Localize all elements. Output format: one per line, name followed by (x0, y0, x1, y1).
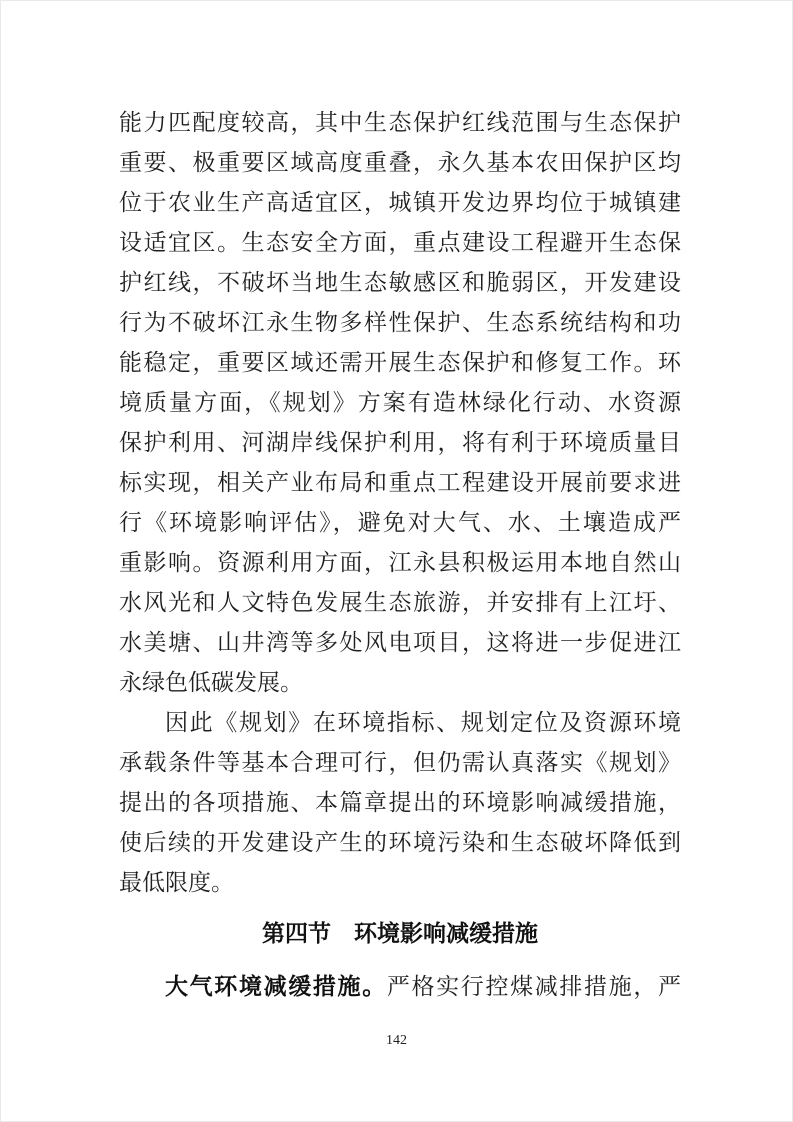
text-line: 位于农业生产高适宜区，城镇开发边界均位于城镇建 (119, 183, 681, 223)
text-line: 保护利用、河湖岸线保护利用，将有利于环境质量目 (119, 423, 681, 463)
page-footer: 142 (1, 1031, 792, 1050)
body-text: 能力匹配度较高，其中生态保护红线范围与生态保护重要、极重要区域高度重叠，永久基本… (119, 103, 681, 903)
text-line: 重影响。资源利用方面，江永县积极运用本地自然山 (119, 543, 681, 583)
lead-paragraph: 大气环境减缓措施。严格实行控煤减排措施，严 (119, 966, 681, 1007)
text-line: 能力匹配度较高，其中生态保护红线范围与生态保护 (119, 103, 681, 143)
text-line: 能稳定，重要区域还需开展生态保护和修复工作。环 (119, 343, 681, 383)
text-line: 设适宜区。生态安全方面，重点建设工程避开生态保 (119, 223, 681, 263)
paragraph-lead-text: 严格实行控煤减排措施，严 (387, 974, 681, 999)
text-line: 行《环境影响评估》，避免对大气、水、土壤造成严 (119, 503, 681, 543)
text-line: 水风光和人文特色发展生态旅游，并安排有上江圩、 (119, 583, 681, 623)
text-line: 水美塘、山井湾等多处风电项目，这将进一步促进江 (119, 623, 681, 663)
text-line: 标实现，相关产业布局和重点工程建设开展前要求进 (119, 463, 681, 503)
text-line: 承载条件等基本合理可行，但仍需认真落实《规划》 (119, 743, 681, 783)
text-line: 护红线，不破坏当地生态敏感区和脆弱区，开发建设 (119, 263, 681, 303)
document-page: 能力匹配度较高，其中生态保护红线范围与生态保护重要、极重要区域高度重叠，永久基本… (0, 0, 793, 1122)
text-line: 最低限度。 (119, 863, 681, 903)
text-line: 境质量方面，《规划》方案有造林绿化行动、水资源 (119, 383, 681, 423)
text-line: 因此《规划》在环境指标、规划定位及资源环境 (119, 703, 681, 743)
text-line: 永绿色低碳发展。 (119, 663, 681, 703)
text-line: 行为不破坏江永生物多样性保护、生态系统结构和功 (119, 303, 681, 343)
text-line: 重要、极重要区域高度重叠，永久基本农田保护区均 (119, 143, 681, 183)
page-number: 142 (386, 1033, 407, 1048)
text-line: 提出的各项措施、本篇章提出的环境影响减缓措施， (119, 783, 681, 823)
paragraph-lead-bold: 大气环境减缓措施。 (165, 973, 387, 999)
section-heading: 第四节 环境影响减缓措施 (119, 913, 681, 953)
page-content: 能力匹配度较高，其中生态保护红线范围与生态保护重要、极重要区域高度重叠，永久基本… (119, 103, 681, 1007)
text-line: 使后续的开发建设产生的环境污染和生态破坏降低到 (119, 823, 681, 863)
